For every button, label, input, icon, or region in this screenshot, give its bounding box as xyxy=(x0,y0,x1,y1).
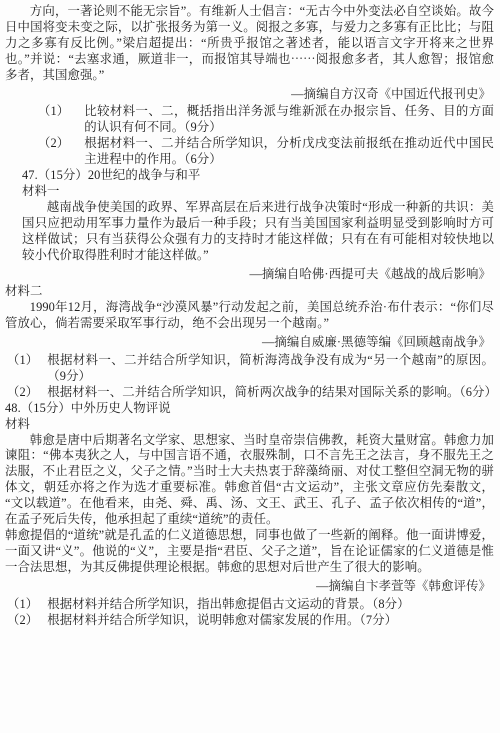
item-text: 根据材料一、二并结合所学知识，分析戊戌变法前报纸在推动近代中国民主进程中的作用。… xyxy=(84,136,494,168)
question-item: （1）比较材料一、二，概括指出洋务派与维新派在办报宗旨、任务、目的方面的认识有何… xyxy=(38,104,494,136)
item-number: （2） xyxy=(38,136,69,152)
item-number: （1） xyxy=(38,104,69,120)
question-item: （1）根据材料一、二并结合所学知识，简析海湾战争没有成为“另一个越南”的原因。（… xyxy=(7,353,494,385)
question-heading: 48.（15分）中外历史人物评说 xyxy=(5,401,494,417)
source-attribution: —摘编自哈佛·西提可夫《越战的战后影响》 xyxy=(5,267,494,283)
source-attribution: —摘编自卞孝萱等《韩愈评传》 xyxy=(5,579,494,595)
material-label: 材料一 xyxy=(22,184,494,200)
question-item: （2）根据材料一、二并结合所学知识，分析戊戌变法前报纸在推动近代中国民主进程中的… xyxy=(38,136,494,168)
item-number: （1） xyxy=(7,597,38,613)
material-label: 材料二 xyxy=(5,284,494,300)
source-attribution: —摘编自方汉奇《中国近代报刊史》 xyxy=(5,87,494,103)
document-content: 方向，一著论则不能无宗旨”。有维新人士倡言：“无古今中外变法必自空谈始。故今日中… xyxy=(5,4,494,628)
item-text: 比较材料一、二，概括指出洋务派与维新派在办报宗旨、任务、目的方面的认识有何不同。… xyxy=(84,104,494,136)
item-number: （2） xyxy=(7,613,38,629)
item-text: 根据材料并结合所学知识，指出韩愈提倡古文运动的背景。（8分） xyxy=(47,597,494,613)
question-item: （2）根据材料一、二并结合所学知识，简析两次战争的结果对国际关系的影响。（6分） xyxy=(7,385,494,401)
document-page: 方向，一著论则不能无宗旨”。有维新人士倡言：“无古今中外变法必自空谈始。故今日中… xyxy=(0,0,500,733)
paragraph: 方向，一著论则不能无宗旨”。有维新人士倡言：“无古今中外变法必自空谈始。故今日中… xyxy=(5,4,494,84)
paragraph: 越南战争使美国的政界、军界高层在后来进行战争决策时“形成一种新的共识：美国只应把… xyxy=(22,200,494,264)
paragraph: 1990年12月，海湾战争“沙漠风暴”行动发起之前，美国总统乔治·布什表示：“你… xyxy=(5,300,494,332)
item-text: 根据材料一、二并结合所学知识，简析两次战争的结果对国际关系的影响。（6分） xyxy=(47,385,494,401)
source-attribution: —摘编自威廉·黑德等编《回顾越南战争》 xyxy=(5,335,494,351)
question-heading: 47.（15分）20世纪的战争与和平 xyxy=(22,168,494,184)
item-number: （2） xyxy=(7,385,38,401)
item-number: （1） xyxy=(7,353,38,369)
question-item: （2）根据材料并结合所学知识，说明韩愈对儒家发展的作用。（7分） xyxy=(7,613,494,629)
paragraph: 韩愈是唐中后期著名文学家、思想家、当时皇帝崇信佛教，耗资大量财富。韩愈力加谏阻：… xyxy=(5,433,494,528)
material-label: 材料 xyxy=(5,417,494,433)
paragraph: 韩愈提倡的“道统”就是孔孟的仁义道德思想，同事也做了一些新的阐释。他一面讲博爱，… xyxy=(5,528,494,576)
question-item: （1）根据材料并结合所学知识，指出韩愈提倡古文运动的背景。（8分） xyxy=(7,597,494,613)
item-text: 根据材料并结合所学知识，说明韩愈对儒家发展的作用。（7分） xyxy=(47,613,494,629)
item-text: 根据材料一、二并结合所学知识，简析海湾战争没有成为“另一个越南”的原因。（9分） xyxy=(47,353,494,385)
